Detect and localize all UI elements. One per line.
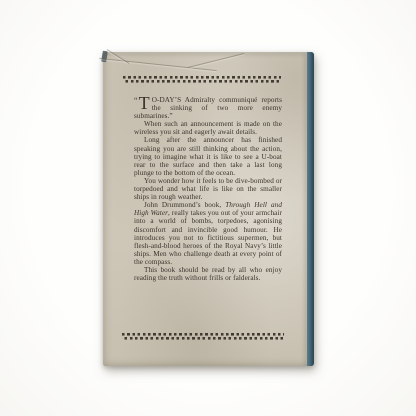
ornamental-border-top-icon (123, 76, 281, 83)
opening-quote-mark: “ (134, 96, 138, 105)
ornamental-border-bottom-icon (122, 333, 284, 340)
jacket-crease (188, 53, 245, 68)
blurb-paragraph-1: “TO-DAY’S Admiralty communiqué reports t… (134, 96, 282, 120)
blurb-paragraph-6: This book should be read by all who enjo… (134, 266, 282, 282)
blurb-paragraph-2: When such an announcement is made on the… (134, 120, 282, 136)
blurb-text-block: “TO-DAY’S Admiralty communiqué reports t… (134, 96, 282, 282)
blurb-paragraph-4: You wonder how it feels to be dive-bombe… (134, 177, 282, 201)
dust-jacket-back-panel: “TO-DAY’S Admiralty communiqué reports t… (103, 52, 307, 366)
book: “TO-DAY’S Admiralty communiqué reports t… (103, 52, 314, 366)
jacket-crease (107, 49, 130, 64)
blurb-paragraph-5: John Drummond’s book, Through Hell and H… (134, 201, 282, 266)
cover-corner-peek (101, 51, 108, 63)
paragraph-text: O-DAY’S Admiralty communiqué reports the… (134, 96, 282, 120)
paragraph-text: John Drummond’s book, (144, 201, 225, 209)
blurb-paragraph-3: Long after the announcer has finished sp… (134, 136, 282, 176)
photo-stage: “TO-DAY’S Admiralty communiqué reports t… (0, 0, 416, 416)
paragraph-text: , really takes you out of your armchair … (134, 209, 282, 266)
drop-cap-letter: T (139, 96, 150, 110)
